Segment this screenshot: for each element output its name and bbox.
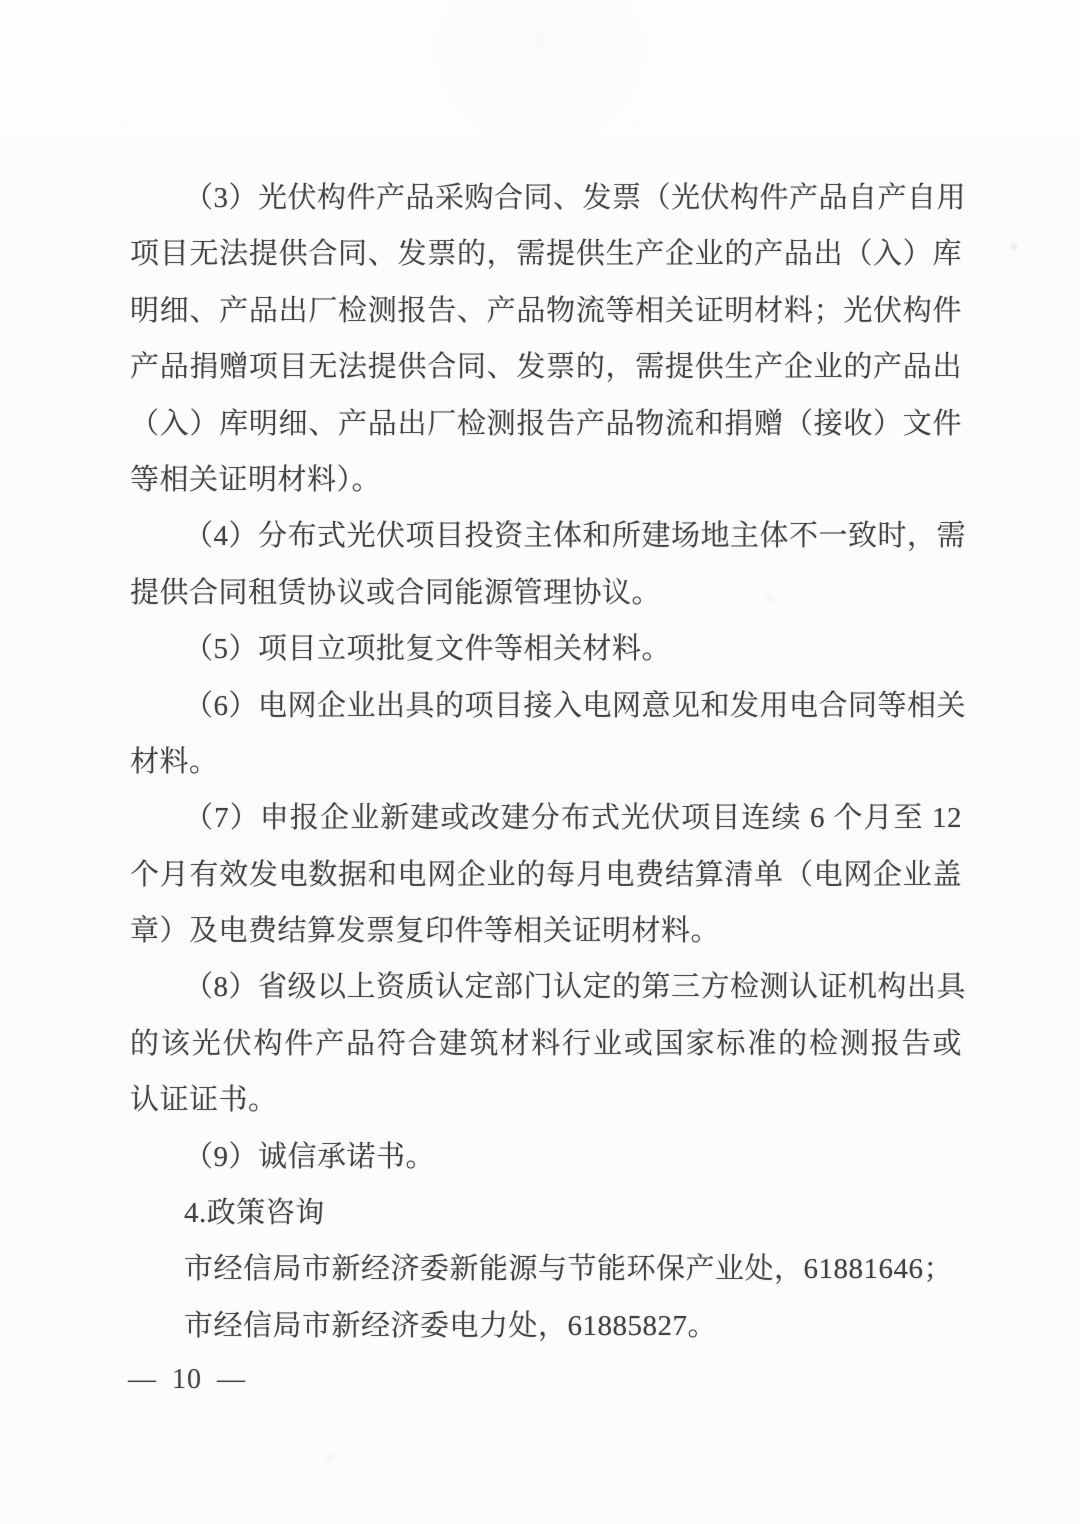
text-line: 个月有效发电数据和电网企业的每月电费结算清单（电网企业盖 [130, 847, 962, 903]
paragraph-item-8: （8）省级以上资质认定部门认定的第三方检测认证机构出具的该光伏构件产品符合建筑材… [130, 959, 962, 1128]
paragraph-item-7: （7）申报企业新建或改建分布式光伏项目连续 6 个月至 12个月有效发电数据和电… [130, 790, 962, 959]
paragraph-item-5: （5）项目立项批复文件等相关材料。 [130, 621, 962, 677]
page-number: — 10 — [128, 1364, 246, 1395]
text-line: （7）申报企业新建或改建分布式光伏项目连续 6 个月至 12 [130, 790, 962, 846]
text-line: （3）光伏构件产品采购合同、发票（光伏构件产品自产自用 [130, 170, 962, 226]
text-line: 市经信局市新经济委新能源与节能环保产业处，61881646； [130, 1241, 962, 1297]
document-page: （3）光伏构件产品采购合同、发票（光伏构件产品自产自用项目无法提供合同、发票的，… [0, 0, 1080, 1524]
paragraph-item-3: （3）光伏构件产品采购合同、发票（光伏构件产品自产自用项目无法提供合同、发票的，… [130, 170, 962, 508]
text-line: 明细、产品出厂检测报告、产品物流等相关证明材料；光伏构件 [130, 283, 962, 339]
text-line: （8）省级以上资质认定部门认定的第三方检测认证机构出具 [130, 959, 962, 1015]
text-line: 材料。 [130, 734, 962, 790]
text-line: 提供合同租赁协议或合同能源管理协议。 [130, 565, 962, 621]
text-line: （6）电网企业出具的项目接入电网意见和发用电合同等相关 [130, 678, 962, 734]
paragraph-item-4: （4）分布式光伏项目投资主体和所建场地主体不一致时，需提供合同租赁协议或合同能源… [130, 508, 962, 621]
document-body: （3）光伏构件产品采购合同、发票（光伏构件产品自产自用项目无法提供合同、发票的，… [130, 170, 962, 1354]
text-line: 产品捐赠项目无法提供合同、发票的，需提供生产企业的产品出 [130, 339, 962, 395]
paragraph-section-4-policy-consultation: 4.政策咨询 [130, 1185, 962, 1241]
paragraph-item-9: （9）诚信承诺书。 [130, 1129, 962, 1185]
text-line: 项目无法提供合同、发票的，需提供生产企业的产品出（入）库 [130, 226, 962, 282]
text-line: （入）库明细、产品出厂检测报告产品物流和捐赠（接收）文件 [130, 396, 962, 452]
text-line: （4）分布式光伏项目投资主体和所建场地主体不一致时，需 [130, 508, 962, 564]
text-line: （9）诚信承诺书。 [130, 1129, 962, 1185]
text-line: 市经信局市新经济委电力处，61885827。 [130, 1298, 962, 1354]
paragraph-contact-2: 市经信局市新经济委电力处，61885827。 [130, 1298, 962, 1354]
text-line: 认证证书。 [130, 1072, 962, 1128]
text-line: 等相关证明材料）。 [130, 452, 962, 508]
text-line: （5）项目立项批复文件等相关材料。 [130, 621, 962, 677]
text-line: 4.政策咨询 [130, 1185, 962, 1241]
paragraph-item-6: （6）电网企业出具的项目接入电网意见和发用电合同等相关材料。 [130, 678, 962, 791]
paragraph-contact-1: 市经信局市新经济委新能源与节能环保产业处，61881646； [130, 1241, 962, 1297]
page-footer: — 10 — [128, 1352, 246, 1408]
text-line: 的该光伏构件产品符合建筑材料行业或国家标准的检测报告或 [130, 1016, 962, 1072]
text-line: 章）及电费结算发票复印件等相关证明材料。 [130, 903, 962, 959]
